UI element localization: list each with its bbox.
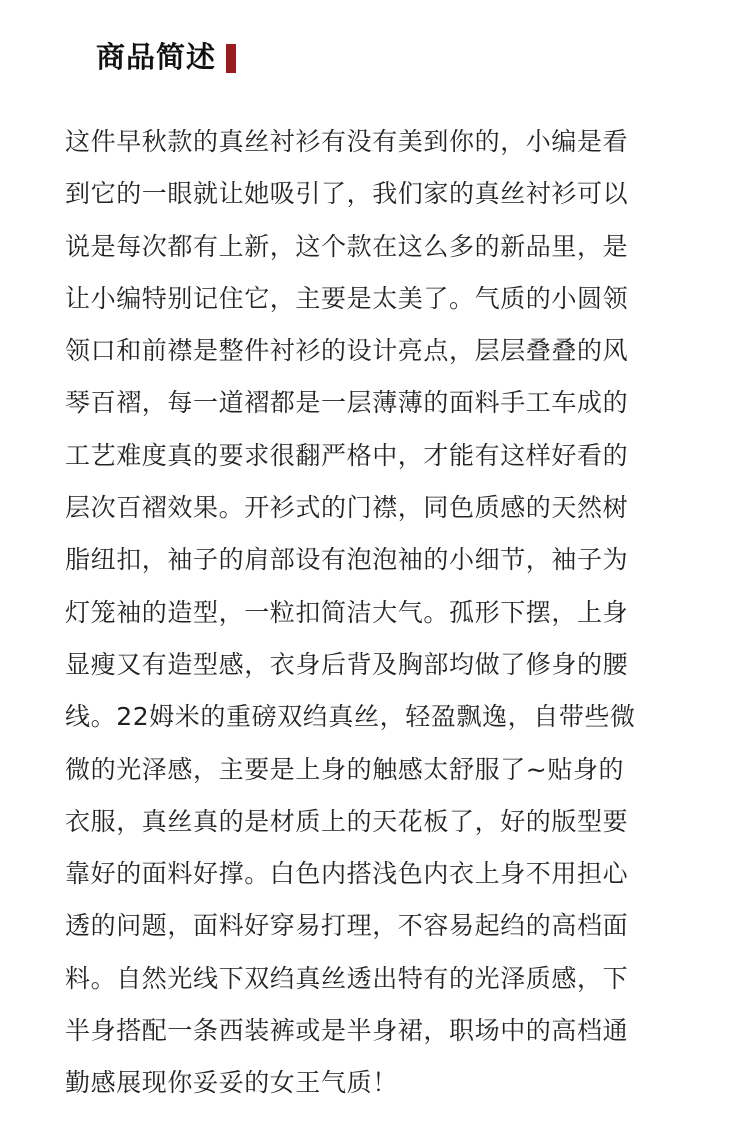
description-line: 让小编特别记住它，主要是太美了。气质的小圆领 <box>65 273 695 325</box>
description-line: 层次百褶效果。开衫式的门襟，同色质感的天然树 <box>65 482 695 534</box>
description-line: 到它的一眼就让她吸引了，我们家的真丝衬衫可以 <box>65 168 695 220</box>
section-header: 商品简述 <box>96 36 236 78</box>
description-line: 琴百褶，每一道褶都是一层薄薄的面料手工车成的 <box>65 377 695 429</box>
description-line: 微的光泽感，主要是上身的触感太舒服了~贴身的 <box>65 744 695 796</box>
description-line: 半身搭配一条西装裤或是半身裙，职场中的高档通 <box>65 1005 695 1057</box>
description-line: 工艺难度真的要求很翻严格中，才能有这样好看的 <box>65 430 695 482</box>
description-line: 料。自然光线下双绉真丝透出特有的光泽质感，下 <box>65 953 695 1005</box>
description-line: 线。22姆米的重磅双绉真丝，轻盈飘逸，自带些微 <box>65 691 695 743</box>
product-description: 这件早秋款的真丝衬衫有没有美到你的，小编是看 到它的一眼就让她吸引了，我们家的真… <box>65 116 695 1110</box>
description-line: 说是每次都有上新，这个款在这么多的新品里，是 <box>65 221 695 273</box>
description-line: 灯笼袖的造型，一粒扣简洁大气。孤形下摆，上身 <box>65 587 695 639</box>
description-line: 显瘦又有造型感，衣身后背及胸部均做了修身的腰 <box>65 639 695 691</box>
description-line: 领口和前襟是整件衬衫的设计亮点，层层叠叠的风 <box>65 325 695 377</box>
description-line: 这件早秋款的真丝衬衫有没有美到你的，小编是看 <box>65 116 695 168</box>
description-line: 脂纽扣，袖子的肩部设有泡泡袖的小细节，袖子为 <box>65 534 695 586</box>
description-line: 靠好的面料好撑。白色内搭浅色内衣上身不用担心 <box>65 848 695 900</box>
description-line: 透的问题，面料好穿易打理，不容易起绉的高档面 <box>65 900 695 952</box>
description-line: 衣服，真丝真的是材质上的天花板了，好的版型要 <box>65 796 695 848</box>
description-line: 勤感展现你妥妥的女王气质！ <box>65 1057 695 1109</box>
accent-bar <box>226 44 236 73</box>
section-title: 商品简述 <box>96 36 216 78</box>
